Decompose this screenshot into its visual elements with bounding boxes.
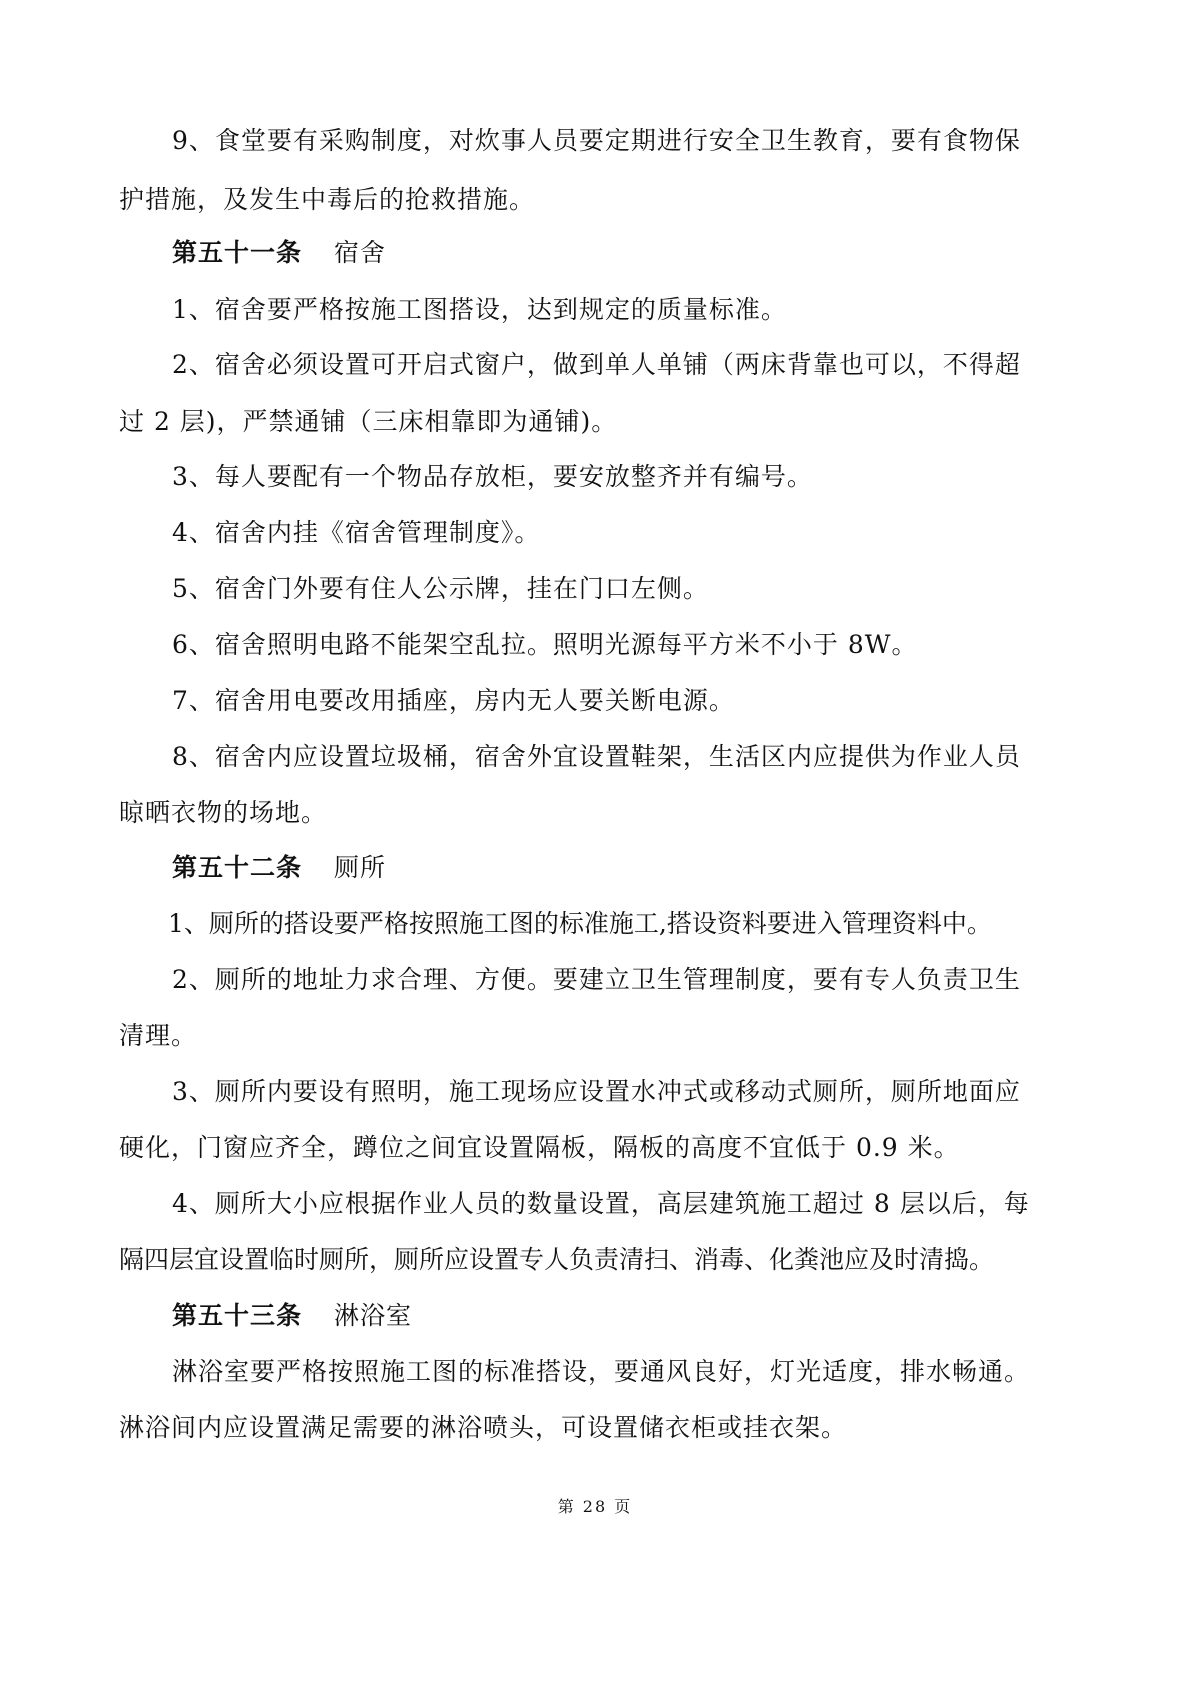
paragraph-line: 晾晒衣物的场地。 [119,798,327,828]
paragraph-line: 过 2 层)，严禁通铺（三床相靠即为通铺)。 [119,407,617,437]
paragraph-line: 5、宿舍门外要有住人公示牌，挂在门口左侧。 [172,574,709,604]
paragraph-line: 7、宿舍用电要改用插座，房内无人要关断电源。 [172,686,735,716]
document-page: 9、食堂要有采购制度，对炊事人员要定期进行安全卫生教育，要有食物保 护措施，及发… [0,0,1190,1683]
paragraph-line: 1、宿舍要严格按施工图搭设，达到规定的质量标准。 [172,295,787,325]
article-heading: 第五十二条厕所 [172,853,386,883]
article-number: 第五十三条 [172,1301,302,1330]
paragraph-line: 4、宿舍内挂《宿舍管理制度》。 [172,518,540,548]
paragraph-line: 9、食堂要有采购制度，对炊事人员要定期进行安全卫生教育，要有食物保 [172,126,1021,156]
paragraph-line: 硬化，门窗应齐全，蹲位之间宜设置隔板，隔板的高度不宜低于 0.9 米。 [119,1133,960,1163]
article-heading: 第五十一条宿舍 [172,238,386,268]
paragraph-line: 隔四层宜设置临时厕所，厕所应设置专人负责清扫、消毒、化粪池应及时清捣。 [119,1245,994,1275]
paragraph-line: 淋浴室要严格按照施工图的标准搭设，要通风良好，灯光适度，排水畅通。 [172,1357,1030,1387]
paragraph-line: 清理。 [119,1021,197,1051]
page-number: 第 28 页 [0,1497,1190,1517]
paragraph-line: 3、厕所内要设有照明，施工现场应设置水冲式或移动式厕所，厕所地面应 [172,1077,1021,1107]
article-title: 宿舍 [334,238,386,267]
article-number: 第五十二条 [172,853,302,882]
paragraph-line: 2、宿舍必须设置可开启式窗户，做到单人单铺（两床背靠也可以，不得超 [172,350,1021,380]
paragraph-line: 3、每人要配有一个物品存放柜，要安放整齐并有编号。 [172,462,813,492]
paragraph-line: 2、厕所的地址力求合理、方便。要建立卫生管理制度，要有专人负责卫生 [172,965,1021,995]
paragraph-line: 护措施，及发生中毒后的抢救措施。 [119,185,535,215]
article-number: 第五十一条 [172,238,302,267]
article-title: 厕所 [334,853,386,882]
paragraph-line: 4、厕所大小应根据作业人员的数量设置，高层建筑施工超过 8 层以后，每 [172,1189,1030,1219]
paragraph-line: 1、厕所的搭设要严格按照施工图的标准施工,搭设资料要进入管理资料中。 [168,909,992,939]
paragraph-line: 8、宿舍内应设置垃圾桶，宿舍外宜设置鞋架，生活区内应提供为作业人员 [172,742,1021,772]
paragraph-line: 淋浴间内应设置满足需要的淋浴喷头，可设置储衣柜或挂衣架。 [119,1413,847,1443]
article-title: 淋浴室 [334,1301,412,1330]
article-heading: 第五十三条淋浴室 [172,1301,412,1331]
paragraph-line: 6、宿舍照明电路不能架空乱拉。照明光源每平方米不小于 8W。 [172,630,917,660]
